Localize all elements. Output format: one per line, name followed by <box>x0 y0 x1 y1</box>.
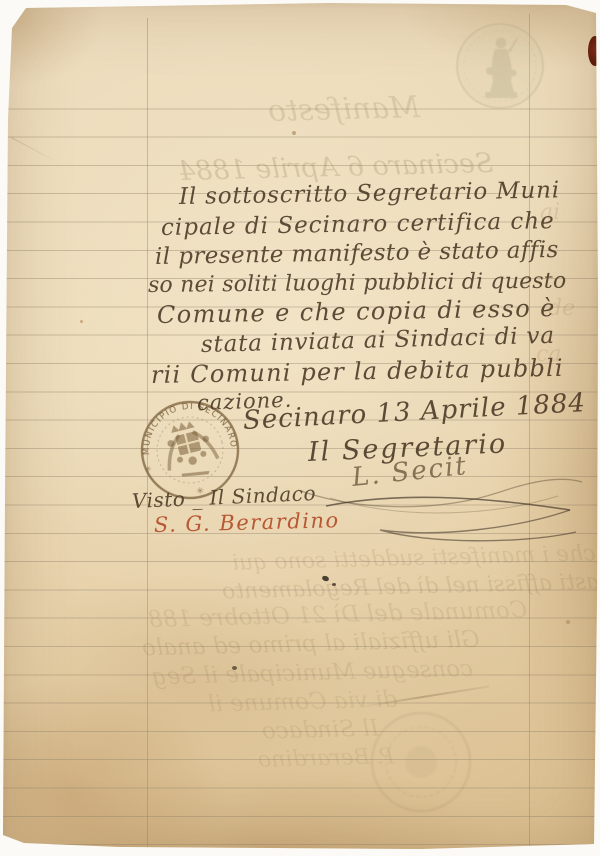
foxing-spot <box>292 131 296 135</box>
red-wax-mark <box>588 36 600 66</box>
foxing-spot <box>80 320 83 323</box>
stamp-rosette-icon: ✳ <box>144 464 153 474</box>
ink-speck <box>232 666 237 670</box>
stamp-coat-of-arms-icon <box>159 416 221 483</box>
bleedthrough-title: Manifesto <box>268 90 421 129</box>
handwriting-line-4: so nei soliti luoghi pubblici di questo <box>148 269 567 298</box>
photographed-document: { "paper": { "background_color": "#ebd9b… <box>0 0 600 856</box>
bleedthrough-stamp <box>362 703 480 821</box>
right-margin-line <box>529 14 530 848</box>
ink-speck <box>332 583 336 586</box>
foxing-spot <box>566 620 570 624</box>
sindaco-flourish <box>318 488 588 554</box>
embossed-seal <box>452 21 548 113</box>
paper-sheet: Manifesto Secinaro 6 Aprile 1884 che i m… <box>0 0 600 856</box>
